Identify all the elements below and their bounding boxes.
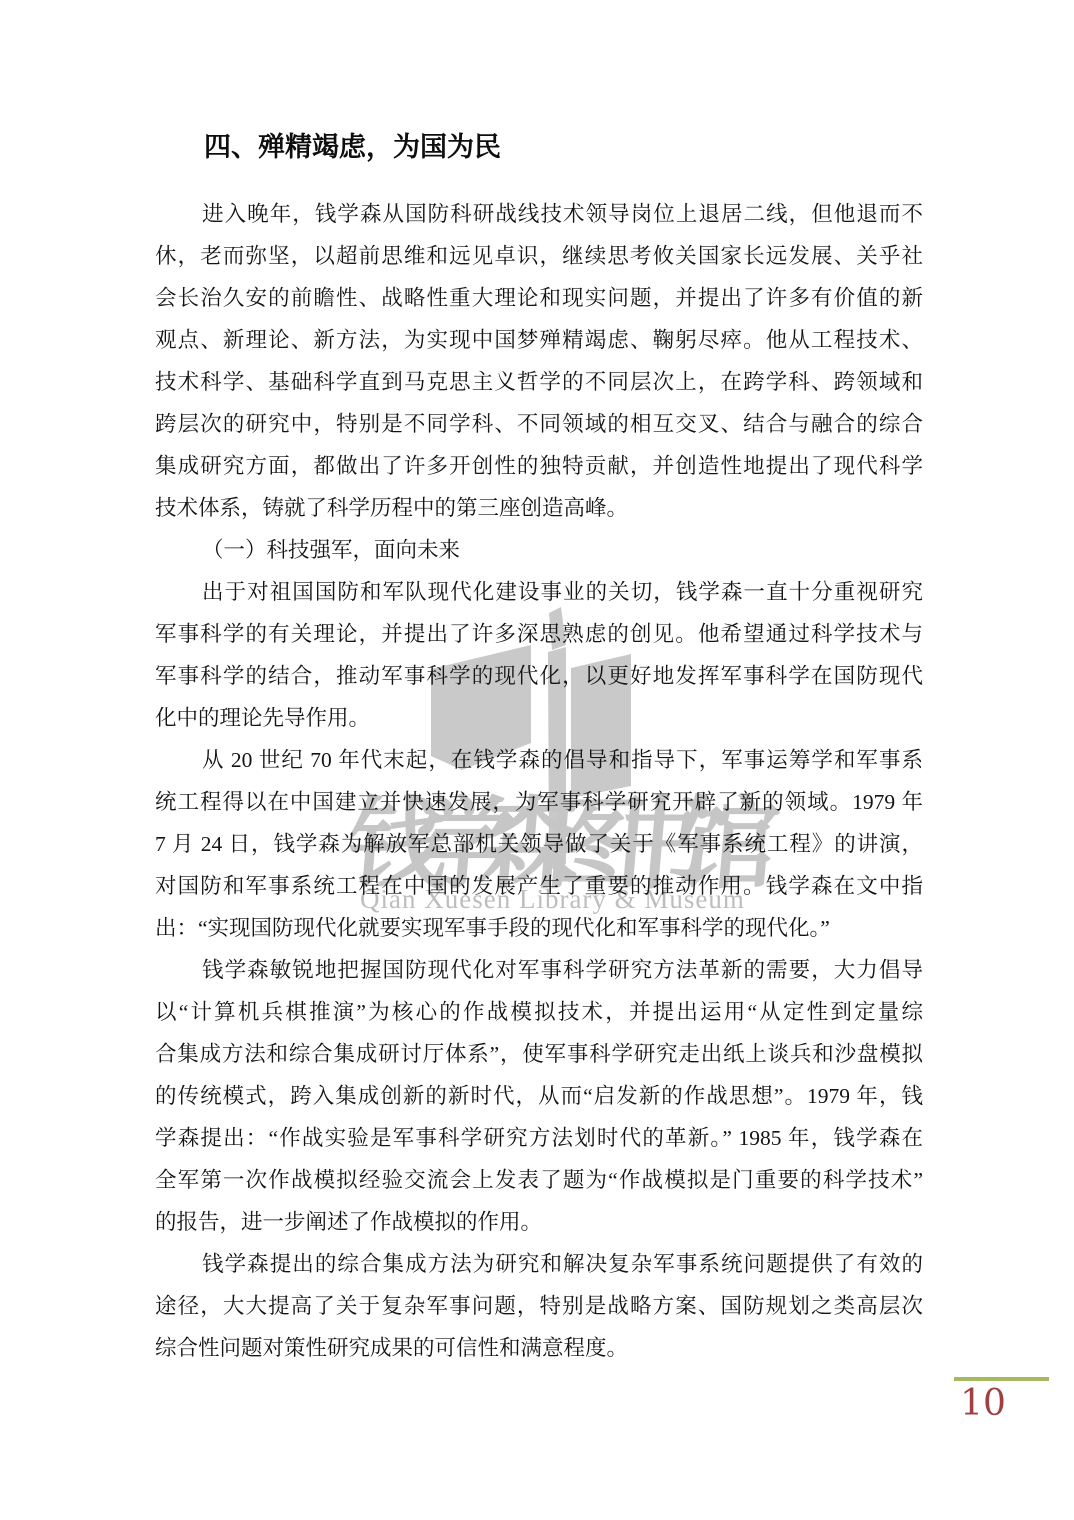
body-line: 出：“实现国防现代化就要实现军事手段的现代化和军事科学的现代化。” [155,907,923,949]
body-line: 观点、新理论、新方法，为实现中国梦殚精竭虑、鞠躬尽瘁。他从工程技术、 [155,319,923,361]
body-line: 进入晚年，钱学森从国防科研战线技术领导岗位上退居二线，但他退而不 [155,193,923,235]
document-page: 钱学森图书馆 Qian Xuesen Library & Museum 四、殚精… [0,0,1074,1520]
body-line: 学森提出：“作战实验是军事科学研究方法划时代的革新。” 1985 年，钱学森在 [155,1117,923,1159]
body-line: 途径，大大提高了关于复杂军事问题，特别是战略方案、国防规划之类高层次 [155,1285,923,1327]
body-line: 统工程得以在中国建立并快速发展，为军事科学研究开辟了新的领域。1979 年 [155,781,923,823]
body-line: 跨层次的研究中，特别是不同学科、不同领域的相互交叉、结合与融合的综合 [155,403,923,445]
body-line: 全军第一次作战模拟经验交流会上发表了题为“作战模拟是门重要的科学技术” [155,1159,923,1201]
page-number: 10 [952,1384,1014,1424]
body-line: 的报告，进一步阐述了作战模拟的作用。 [155,1201,923,1243]
body-line: 7 月 24 日，钱学森为解放军总部机关领导做了关于《军事系统工程》的讲演， [155,823,923,865]
body-line: 技术体系，铸就了科学历程中的第三座创造高峰。 [155,487,923,529]
body-line: 综合性问题对策性研究成果的可信性和满意程度。 [155,1327,923,1369]
body-line: 合集成方法和综合集成研讨厅体系”，使军事科学研究走出纸上谈兵和沙盘模拟 [155,1033,923,1075]
section-heading: 四、殚精竭虑，为国为民 [204,130,501,164]
body-line: 钱学森提出的综合集成方法为研究和解决复杂军事系统问题提供了有效的 [155,1243,923,1285]
body-line: 钱学森敏锐地把握国防现代化对军事科学研究方法革新的需要，大力倡导 [155,949,923,991]
body-line: 的传统模式，跨入集成创新的新时代，从而“启发新的作战思想”。1979 年，钱 [155,1075,923,1117]
footer-accent-line [954,1377,1049,1381]
body-line: 军事科学的结合，推动军事科学的现代化，以更好地发挥军事科学在国防现代 [155,655,923,697]
body-line: 出于对祖国国防和军队现代化建设事业的关切，钱学森一直十分重视研究 [155,571,923,613]
body-line: 以“计算机兵棋推演”为核心的作战模拟技术，并提出运用“从定性到定量综 [155,991,923,1033]
body-line: 对国防和军事系统工程在中国的发展产生了重要的推动作用。钱学森在文中指 [155,865,923,907]
body-line: （一）科技强军，面向未来 [155,529,923,571]
body-text: 进入晚年，钱学森从国防科研战线技术领导岗位上退居二线，但他退而不休，老而弥坚，以… [155,193,923,1369]
body-line: 会长治久安的前瞻性、战略性重大理论和现实问题，并提出了许多有价值的新 [155,277,923,319]
body-line: 从 20 世纪 70 年代末起，在钱学森的倡导和指导下，军事运筹学和军事系 [155,739,923,781]
body-line: 军事科学的有关理论，并提出了许多深思熟虑的创见。他希望通过科学技术与 [155,613,923,655]
body-line: 集成研究方面，都做出了许多开创性的独特贡献，并创造性地提出了现代科学 [155,445,923,487]
body-line: 化中的理论先导作用。 [155,697,923,739]
body-line: 技术科学、基础科学直到马克思主义哲学的不同层次上，在跨学科、跨领域和 [155,361,923,403]
body-line: 休，老而弥坚，以超前思维和远见卓识，继续思考攸关国家长远发展、关乎社 [155,235,923,277]
